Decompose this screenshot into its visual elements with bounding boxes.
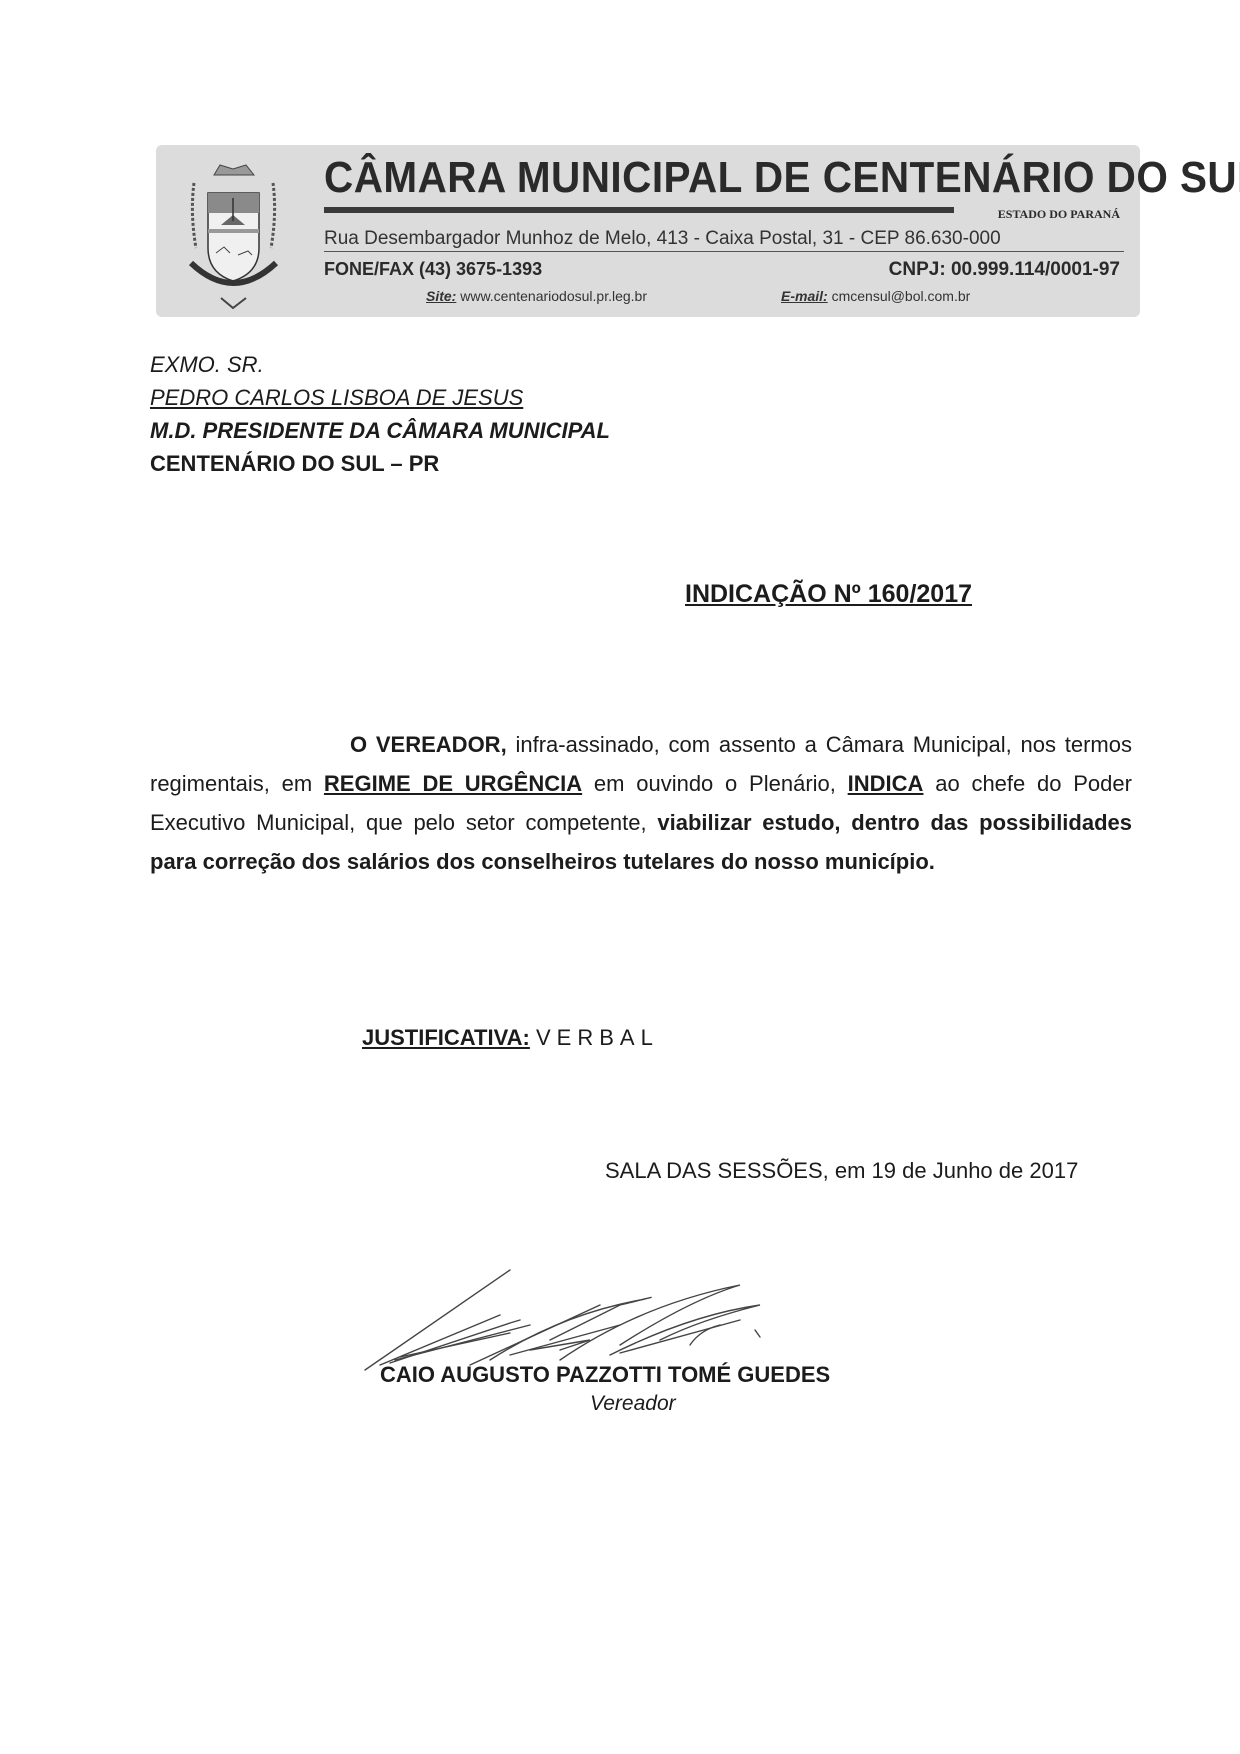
body-lead: O VEREADOR, [350, 732, 507, 757]
recipient-location: CENTENÁRIO DO SUL – PR [150, 447, 610, 480]
site-link[interactable]: www.centenariodosul.pr.leg.br [460, 288, 647, 304]
urgency-regime: REGIME DE URGÊNCIA [324, 771, 582, 796]
recipient-name: PEDRO CARLOS LISBOA DE JESUS [150, 381, 610, 414]
coat-of-arms-icon [176, 153, 291, 313]
email-label: E-mail: [781, 288, 828, 304]
date-line: SALA DAS SESSÕES, em 19 de Junho de 2017 [605, 1158, 1078, 1184]
indica-keyword: INDICA [848, 771, 924, 796]
recipient-position: M.D. PRESIDENTE DA CÂMARA MUNICIPAL [150, 414, 610, 447]
document-body: O VEREADOR, infra-assinado, com assento … [150, 725, 1132, 881]
justification: JUSTIFICATIVA: VERBAL [362, 1025, 659, 1051]
state-label: ESTADO DO PARANÁ [998, 207, 1120, 222]
email-link[interactable]: cmcensul@bol.com.br [832, 288, 971, 304]
salutation: EXMO. SR. [150, 348, 610, 381]
handwritten-signature [360, 1245, 830, 1375]
title-divider [324, 207, 954, 213]
cnpj: CNPJ: 00.999.114/0001-97 [889, 259, 1120, 281]
site-label: Site: [426, 288, 456, 304]
justification-value: VERBAL [536, 1025, 659, 1050]
address: Rua Desembargador Munhoz de Melo, 413 - … [324, 228, 1124, 252]
org-name: CÂMARA MUNICIPAL DE CENTENÁRIO DO SUL [324, 153, 1240, 203]
signer-name: CAIO AUGUSTO PAZZOTTI TOMÉ GUEDES [380, 1362, 830, 1388]
body-text-2: em ouvindo o Plenário, [582, 771, 848, 796]
letterhead: CÂMARA MUNICIPAL DE CENTENÁRIO DO SUL ES… [156, 145, 1140, 317]
signer-role: Vereador [590, 1392, 676, 1416]
justification-label: JUSTIFICATIVA: [362, 1025, 530, 1050]
document-title: INDICAÇÃO Nº 160/2017 [685, 580, 972, 609]
site: Site: www.centenariodosul.pr.leg.br [426, 288, 647, 304]
phone: FONE/FAX (43) 3675-1393 [324, 259, 542, 280]
recipient-block: EXMO. SR. PEDRO CARLOS LISBOA DE JESUS M… [150, 348, 610, 480]
email: E-mail: cmcensul@bol.com.br [781, 288, 970, 304]
